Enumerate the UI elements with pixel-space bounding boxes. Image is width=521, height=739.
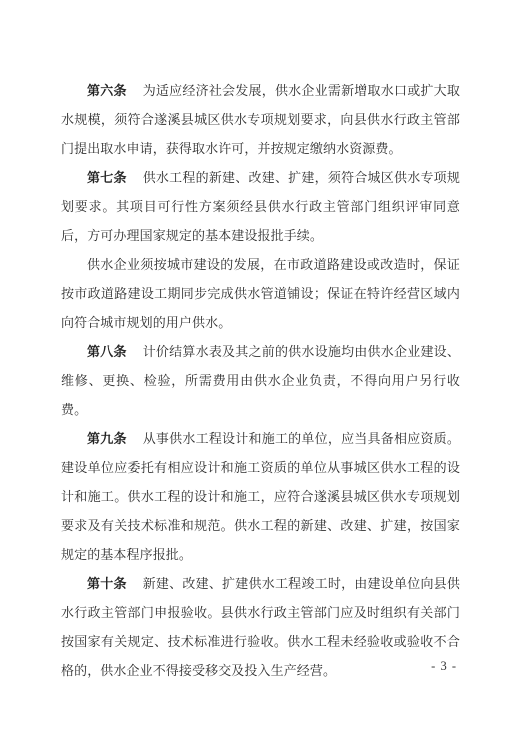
article-paragraph-7: 第七条供水工程的新建、改建、扩建，须符合城区供水专项规划要求。其项目可行性方案须… [61, 163, 460, 250]
article-number-label: 第六条 [87, 83, 127, 98]
article-number-label: 第七条 [87, 170, 127, 185]
article-number-label: 第九条 [87, 431, 127, 446]
article-paragraph-8: 第八条计价结算水表及其之前的供水设施均由供水企业建设、维修、更换、检验，所需费用… [61, 337, 460, 424]
article-paragraph-6: 第六条为适应经济社会发展，供水企业需新增取水口或扩大取水规模，须符合遂溪县城区供… [61, 76, 460, 163]
page-number: - 3 - [431, 659, 457, 674]
document-page: 第六条为适应经济社会发展，供水企业需新增取水口或扩大取水规模，须符合遂溪县城区供… [0, 0, 521, 739]
article-number-label: 第八条 [87, 344, 127, 359]
article-text: 供水企业须按城市建设的发展，在市政道路建设或改造时，保证按市政道路建设工期同步完… [61, 257, 460, 330]
article-text: 新建、改建、扩建供水工程竣工时，由建设单位向县供水行政主管部门申报验收。县供水行… [61, 576, 460, 678]
article-paragraph-10: 第十条新建、改建、扩建供水工程竣工时，由建设单位向县供水行政主管部门申报验收。县… [61, 569, 460, 685]
article-paragraph-9: 第九条从事供水工程设计和施工的单位，应当具备相应资质。建设单位应委托有相应设计和… [61, 424, 460, 569]
article-text: 从事供水工程设计和施工的单位，应当具备相应资质。建设单位应委托有相应设计和施工资… [61, 431, 460, 562]
article-7-continuation-paragraph: 供水企业须按城市建设的发展，在市政道路建设或改造时，保证按市政道路建设工期同步完… [61, 250, 460, 337]
article-number-label: 第十条 [87, 576, 127, 591]
